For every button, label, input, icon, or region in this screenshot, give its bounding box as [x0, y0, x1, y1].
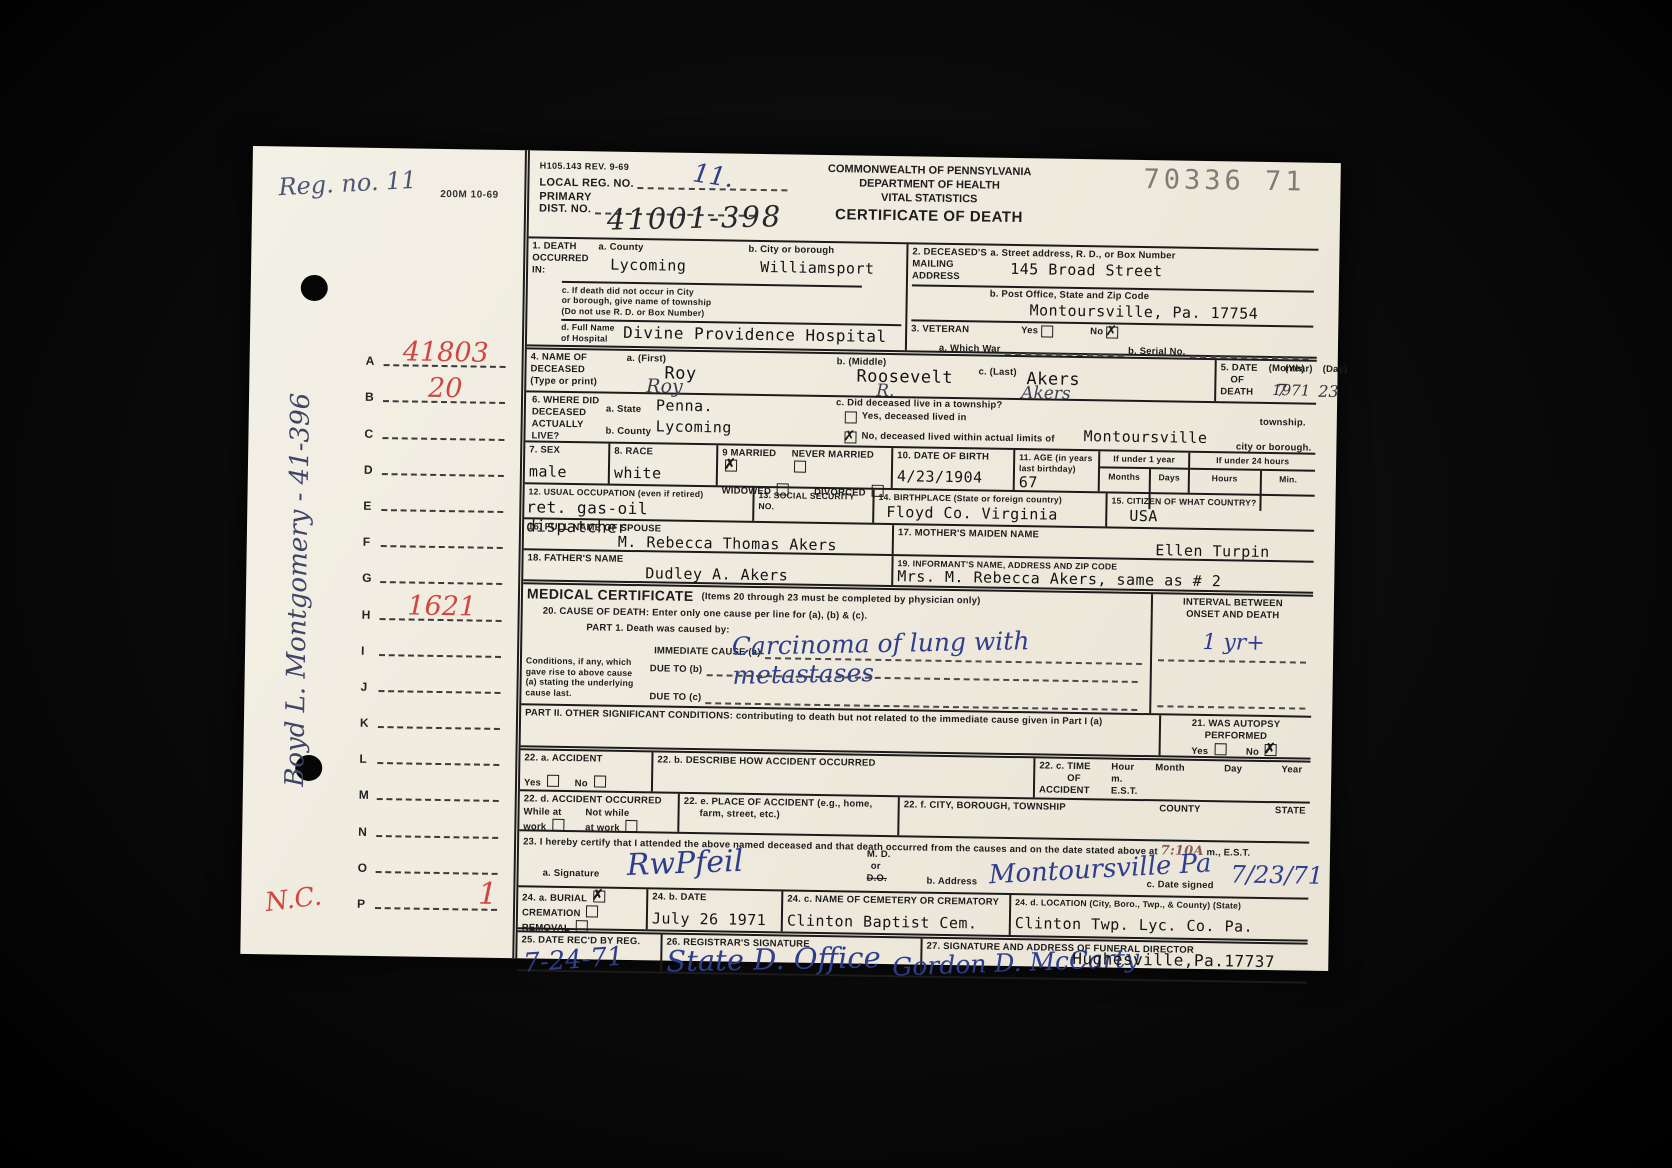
index-row: E [363, 479, 504, 517]
index-handwritten-value: 41803 [386, 336, 506, 369]
local-reg-label: LOCAL REG. NO. [539, 177, 634, 190]
box-20-cause: 20. CAUSE OF DEATH: Enter only one cause… [521, 603, 1150, 713]
index-letter: P [357, 897, 365, 911]
handwritten-nc-note: N.C. [264, 881, 324, 918]
box-10-date-of-birth: 10. DATE OF BIRTH 4/23/1904 [891, 448, 1014, 490]
box-interval-values: 1 yr+ [1149, 613, 1313, 716]
post-office-value: Montoursville, Pa. 17754 [1029, 301, 1313, 323]
index-row: H 1621 [362, 587, 503, 625]
date-of-birth-value: 4/23/1904 [897, 467, 1009, 487]
index-row: N [358, 804, 499, 842]
index-letter: N [358, 824, 367, 838]
age-value: 67 [1019, 474, 1094, 493]
while-at-work-checkbox [552, 819, 564, 831]
box-11-age: 11. AGE (in yearslast birthday) 67 [1013, 450, 1099, 491]
index-row: K [360, 696, 501, 734]
box-22c-time: 22. c. TIME OF ACCIDENT Hour m. E.S.T. M… [1033, 758, 1311, 801]
death-year-value: 1971 [1272, 381, 1310, 400]
box-22f-city: 22. f. CITY, BOROUGH, TOWNSHIP COUNTY ST… [897, 797, 1310, 841]
handwritten-reg-no: Reg. no. 11 [278, 166, 417, 201]
index-row: C [364, 406, 505, 444]
death-certificate-document: Reg. no. 11 200M 10-69 Boyd L. Montgomer… [240, 146, 1341, 971]
never-married-checkbox [794, 460, 806, 472]
box-18-father: 18. FATHER'S NAME Dudley A. Akers [523, 550, 891, 585]
row-death-occurred: 1. DEATH OCCURRED IN: a. County b. City … [527, 236, 1319, 356]
index-letter: B [365, 390, 374, 404]
index-handwritten-value: 1 [377, 875, 498, 912]
race-value: white [614, 464, 712, 484]
box-25-date-received: 25. DATE REC'D BY REG. 7-24-71 [517, 932, 661, 971]
box-17-mother: 17. MOTHER'S MAIDEN NAME Ellen Turpin [892, 525, 1314, 561]
box-5-date-of-death: 5. DATE OF DEATH (Month) (Day) (Year) 7 … [1214, 360, 1317, 403]
box-24a-burial: 24. a. BURIAL CREMATION REMOVAL [518, 887, 647, 929]
funeral-director-address: Hughesville,Pa.17737 [1072, 949, 1275, 971]
handwritten-vertical-note: Boyd L. Montgomery - 41-396 [279, 310, 318, 870]
index-row: F [363, 515, 504, 553]
borough-value: Montoursville [1083, 427, 1207, 447]
hospital-value: Divine Providence Hospital [623, 323, 887, 349]
box-24d-location: 24. d. LOCATION (City, Boro., Twp., & Co… [1009, 895, 1309, 940]
index-row: G [362, 551, 503, 589]
index-letter: L [359, 752, 367, 766]
index-row: L [359, 732, 500, 770]
father-value: Dudley A. Akers [645, 564, 887, 586]
box-14-birthplace: 14. BIRTHPLACE (State or foreign country… [872, 490, 1105, 527]
dist-label: DIST. NO. [539, 203, 591, 216]
do-struck-out: D.O. [866, 873, 887, 885]
index-letter: G [362, 571, 372, 585]
box-27-funeral-director: 27. SIGNATURE AND ADDRESS OF FUNERAL DIR… [920, 939, 1308, 982]
township-yes-checkbox [845, 411, 857, 423]
burial-checkbox-checked [593, 890, 605, 902]
index-dashed-line [376, 835, 498, 839]
death-day-value: 23 [1318, 382, 1339, 401]
index-dashed-line [377, 762, 499, 766]
index-letter: H [362, 607, 371, 621]
index-letter: J [360, 680, 367, 694]
handwritten-dist-no: 41001-398 [607, 199, 783, 236]
accident-yes-checkbox [547, 775, 559, 787]
index-letter: D [364, 463, 373, 477]
certificate-form: H105.143 REV. 9-69 LOCAL REG. NO. PRIMAR… [512, 150, 1320, 970]
certificate-title: CERTIFICATE OF DEATH [779, 206, 1079, 229]
index-letter: I [361, 643, 365, 657]
hw-registrar-signature: State D. Office [666, 940, 881, 978]
burial-location-value: Clinton Twp. Lyc. Co. Pa. [1015, 914, 1304, 937]
box-22b-describe: 22. b. DESCRIBE HOW ACCIDENT OCCURRED [651, 752, 1034, 797]
index-dashed-line [380, 581, 502, 585]
box-1-death-occurred: 1. DEATH OCCURRED IN: a. County b. City … [527, 238, 907, 350]
box-15-citizen: 15. CITIZEN OF WHAT COUNTRY? USA [1105, 493, 1314, 529]
box-22d-occurred: 22. d. ACCIDENT OCCURRED While at work N… [519, 791, 678, 831]
index-letter: F [363, 535, 371, 549]
county-value: Lycoming [598, 255, 760, 276]
hole-punch [301, 275, 328, 301]
index-letter: K [360, 716, 369, 730]
box-2-mailing-address: 2. DECEASED'S MAILING ADDRESS a. Street … [905, 244, 1319, 356]
burial-date-value: July 26 1971 [652, 909, 777, 929]
box-13-ssn: 13. SOCIAL SECURITY NO. [752, 488, 873, 523]
birthplace-value: Floyd Co. Virginia [886, 503, 1101, 524]
married-checkbox-checked [725, 459, 737, 471]
box-24c-cemetery: 24. c. NAME OF CEMETERY OR CREMATORY Cli… [781, 891, 1010, 935]
county-residence-value: Lycoming [656, 417, 733, 436]
index-row: J [360, 659, 501, 697]
index-dashed-line [381, 545, 503, 549]
index-letter: E [363, 499, 371, 513]
print-run-code: 200M 10-69 [440, 189, 499, 201]
index-handwritten-value: 1621 [382, 590, 502, 623]
index-dashed-line [382, 437, 504, 441]
middle-name-value: Roosevelt [856, 367, 953, 389]
index-row: P 1 [357, 877, 498, 915]
township-no-checkbox-checked [844, 431, 856, 443]
index-letter: C [364, 426, 373, 440]
cremation-checkbox [586, 905, 598, 917]
not-while-at-work-checkbox [626, 820, 638, 832]
index-row: O [358, 840, 499, 878]
agency-heading: COMMONWEALTH OF PENNSYLVANIA DEPARTMENT … [779, 162, 1080, 229]
row-cause-of-death: 20. CAUSE OF DEATH: Enter only one cause… [521, 603, 1312, 715]
citizen-value: USA [1129, 507, 1310, 528]
index-handwritten-value: 20 [385, 372, 505, 405]
form-header: H105.143 REV. 9-69 LOCAL REG. NO. PRIMAR… [529, 150, 1320, 248]
index-letter-column: A 41803 B 20 C D E [357, 334, 506, 915]
autopsy-yes-checkbox [1214, 743, 1226, 755]
state-value: Penna. [656, 396, 713, 415]
index-dashed-line [382, 473, 504, 477]
index-row: M [359, 768, 500, 806]
interval-heading: INTERVAL BETWEEN ONSET AND DEATH [1151, 594, 1313, 616]
index-letter: O [358, 861, 368, 875]
index-row: I [361, 623, 502, 661]
hw-physician-signature: RwPfeil [626, 844, 744, 883]
street-address-value: 145 Broad Street [1010, 260, 1314, 283]
box-7-sex: 7. SEX male [525, 442, 609, 483]
certificate-number-stamp: 70336 71 [1143, 164, 1306, 198]
box-9-marital: 9 MARRIED NEVER MARRIED WIDOWED DIVORCED [716, 445, 892, 488]
accident-no-checkbox [594, 775, 606, 787]
box-24b-date: 24. b. DATE July 26 1971 [646, 889, 782, 931]
ledger-stub: Reg. no. 11 200M 10-69 Boyd L. Montgomer… [240, 146, 525, 958]
autopsy-no-checkbox-checked [1265, 744, 1277, 756]
box-21-autopsy: 21. WAS AUTOPSY PERFORMED Yes No [1159, 715, 1312, 757]
index-dashed-line [378, 726, 500, 730]
sex-value: male [529, 462, 604, 481]
cemetery-value: Clinton Baptist Cem. [787, 911, 1005, 932]
index-row: D [364, 442, 505, 480]
city-value: Williamsport [760, 258, 875, 278]
hw-date-signed: 7/23/71 [1230, 860, 1323, 889]
box-11-under-24-hours: If under 24 hours Hours Min. [1188, 453, 1316, 495]
handwritten-local-reg-no: 11. [691, 158, 737, 194]
box-26-registrar-signature: 26. REGISTRAR'S SIGNATURE State D. Offic… [660, 935, 921, 976]
box-8-race: 8. RACE white [608, 444, 717, 486]
veteran-yes-checkbox [1041, 325, 1053, 337]
box-22a-accident: 22. a. ACCIDENT Yes No [520, 750, 652, 791]
box-11-under-1-year: If under 1 year Months Days [1098, 451, 1189, 492]
veteran-no-checkbox-checked [1106, 326, 1118, 338]
removal-checkbox [576, 920, 588, 932]
index-dashed-line [376, 871, 498, 875]
index-row: B 20 [365, 370, 506, 408]
index-row: A 41803 [365, 334, 506, 372]
box-3-veteran: 3. VETERAN Yes No a. Which War b. Serial… [911, 319, 1313, 360]
box-12-occupation: 12. USUAL OCCUPATION (even if retired) r… [524, 484, 752, 521]
index-dashed-line [379, 654, 501, 658]
index-letter: A [366, 354, 375, 368]
index-dashed-line [381, 509, 503, 513]
box-16-spouse: 16. FULL NAME OF SPOUSE M. Rebecca Thoma… [524, 519, 892, 554]
index-letter: M [359, 788, 369, 802]
box-22e-place: 22. e. PLACE OF ACCIDENT (e.g., home, fa… [677, 794, 898, 835]
hw-interval-value: 1 yr+ [1202, 630, 1265, 656]
index-dashed-line [378, 690, 500, 694]
index-dashed-line [377, 798, 499, 802]
